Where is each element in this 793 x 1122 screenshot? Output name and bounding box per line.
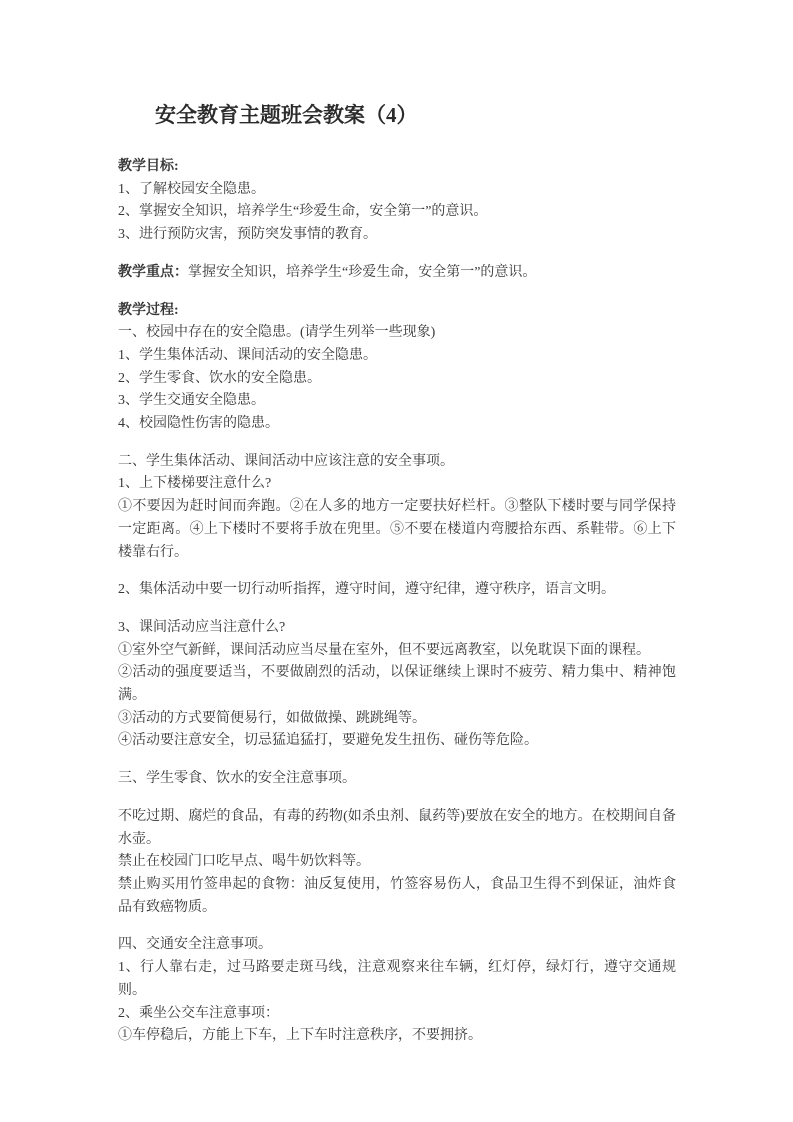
teaching-key-point-label: 教学重点： xyxy=(118,265,188,280)
section2-question-3: 3、课间活动应当注意什么? xyxy=(118,617,676,640)
section3-paragraph: 禁止在校园门口吃早点、喝牛奶饮料等。 xyxy=(118,851,676,874)
document-page: 安全教育主题班会教案（4） 教学目标: 1、了解校园安全隐患。 2、掌握安全知识… xyxy=(0,0,793,1122)
section3-body-block: 不吃过期、腐烂的食品，有毒的药物(如杀虫剂、鼠药等)要放在安全的地方。在校期间自… xyxy=(118,806,676,920)
section1-title: 一、校园中存在的安全隐患。(请学生列举一些现象) xyxy=(118,322,676,345)
section2-paragraph-2: 2、集体活动中要一切行动听指挥，遵守时间，遵守纪律，遵守秩序，语言文明。 xyxy=(118,579,676,602)
teaching-process-heading: 教学过程: xyxy=(118,300,676,323)
section2-answer-3-item: ③活动的方式要简便易行，如做做操、跳跳绳等。 xyxy=(118,708,676,731)
section2-collective-activity-block: 2、集体活动中要一切行动听指挥，遵守时间，遵守纪律，遵守秩序，语言文明。 xyxy=(118,579,676,602)
section2-answer-3-item: ④活动要注意安全，切忌猛追猛打，要避免发生扭伤、碰伤等危险。 xyxy=(118,730,676,753)
section2-title: 二、学生集体活动、课间活动中应该注意的安全事项。 xyxy=(118,451,676,474)
teaching-goals-block: 教学目标: 1、了解校园安全隐患。 2、掌握安全知识，培养学生“珍爱生命，安全第… xyxy=(118,156,676,247)
section3-paragraph: 禁止购买用竹签串起的食物：油反复使用，竹签容易伤人，食品卫生得不到保证，油炸食品… xyxy=(118,874,676,919)
section2-question-1: 1、上下楼梯要注意什么? xyxy=(118,473,676,496)
section3-title: 三、学生零食、饮水的安全注意事项。 xyxy=(118,768,676,791)
goal-item: 3、进行预防灾害，预防突发事情的教育。 xyxy=(118,224,676,247)
section2-answer-3-item: ①室外空气新鲜，课间活动应当尽量在室外，但不要远离教室，以免耽误下面的课程。 xyxy=(118,640,676,663)
teaching-key-point-text: 掌握安全知识，培养学生“珍爱生命，安全第一”的意识。 xyxy=(188,265,536,280)
section1-item: 1、学生集体活动、课间活动的安全隐患。 xyxy=(118,345,676,368)
section3-paragraph: 不吃过期、腐烂的食品，有毒的药物(如杀虫剂、鼠药等)要放在安全的地方。在校期间自… xyxy=(118,806,676,851)
section3-title-block: 三、学生零食、饮水的安全注意事项。 xyxy=(118,768,676,791)
section2-answer-1: ①不要因为赶时间而奔跑。②在人多的地方一定要扶好栏杆。③整队下楼时要与同学保持一… xyxy=(118,496,676,564)
document-title: 安全教育主题班会教案（4） xyxy=(155,100,676,130)
goal-item: 2、掌握安全知识，培养学生“珍爱生命，安全第一”的意识。 xyxy=(118,201,676,224)
section4-traffic-block: 四、交通安全注意事项。 1、行人靠右走，过马路要走斑马线，注意观察来往车辆，红灯… xyxy=(118,934,676,1048)
section4-title: 四、交通安全注意事项。 xyxy=(118,934,676,957)
section4-item: 1、行人靠右走，过马路要走斑马线，注意观察来往车辆，红灯停，绿灯行，遵守交通规则… xyxy=(118,957,676,1002)
teaching-goals-heading: 教学目标: xyxy=(118,156,676,179)
section4-item: 2、乘坐公交车注意事项： xyxy=(118,1003,676,1026)
section1-item: 2、学生零食、饮水的安全隐患。 xyxy=(118,368,676,391)
section2-recess-block: 3、课间活动应当注意什么? ①室外空气新鲜，课间活动应当尽量在室外，但不要远离教… xyxy=(118,617,676,753)
section4-item: ①车停稳后，方能上下车，上下车时注意秩序，不要拥挤。 xyxy=(118,1025,676,1048)
teaching-process-block: 教学过程: 一、校园中存在的安全隐患。(请学生列举一些现象) 1、学生集体活动、… xyxy=(118,300,676,436)
section1-item: 4、校园隐性伤害的隐患。 xyxy=(118,413,676,436)
section2-stairs-block: 二、学生集体活动、课间活动中应该注意的安全事项。 1、上下楼梯要注意什么? ①不… xyxy=(118,451,676,565)
teaching-key-point-line: 教学重点：掌握安全知识，培养学生“珍爱生命，安全第一”的意识。 xyxy=(118,262,676,285)
section2-answer-3-item: ②活动的强度要适当，不要做剧烈的活动，以保证继续上课时不疲劳、精力集中、精神饱满… xyxy=(118,662,676,707)
section1-item: 3、学生交通安全隐患。 xyxy=(118,390,676,413)
goal-item: 1、了解校园安全隐患。 xyxy=(118,179,676,202)
teaching-key-point-block: 教学重点：掌握安全知识，培养学生“珍爱生命，安全第一”的意识。 xyxy=(118,262,676,285)
